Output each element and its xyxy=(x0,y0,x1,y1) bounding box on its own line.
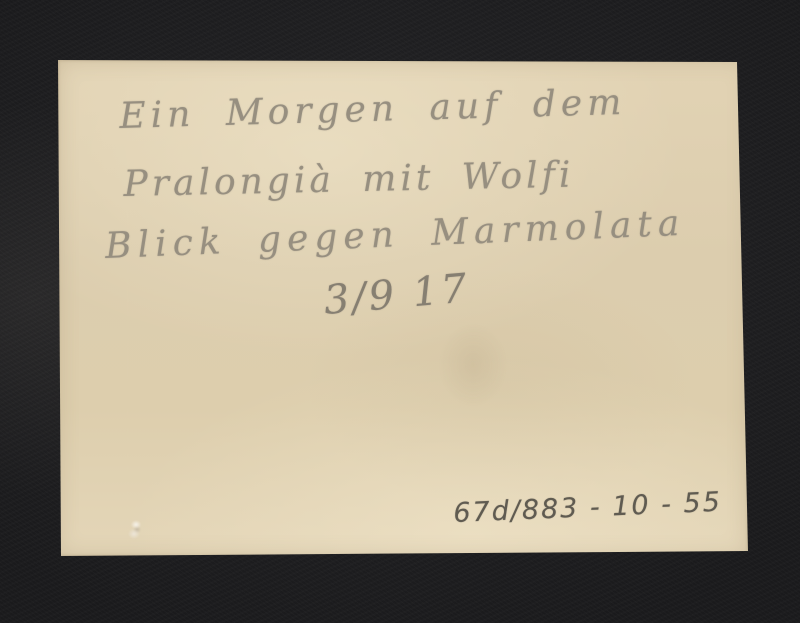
blemish-spot xyxy=(125,518,145,540)
handwriting-line-3: Blick gegen Marmolata xyxy=(104,203,686,267)
postcard-back: Ein Morgen auf dem Pralongià mit Wolfi B… xyxy=(58,60,748,556)
dark-fabric-background: Ein Morgen auf dem Pralongià mit Wolfi B… xyxy=(0,0,800,623)
faint-smudge xyxy=(428,310,518,420)
catalog-number: 67d/883 - 10 - 55 xyxy=(453,487,723,529)
handwriting-line-2: Pralongià mit Wolfi xyxy=(123,155,575,205)
handwriting-line-1: Ein Morgen auf dem xyxy=(119,82,627,137)
